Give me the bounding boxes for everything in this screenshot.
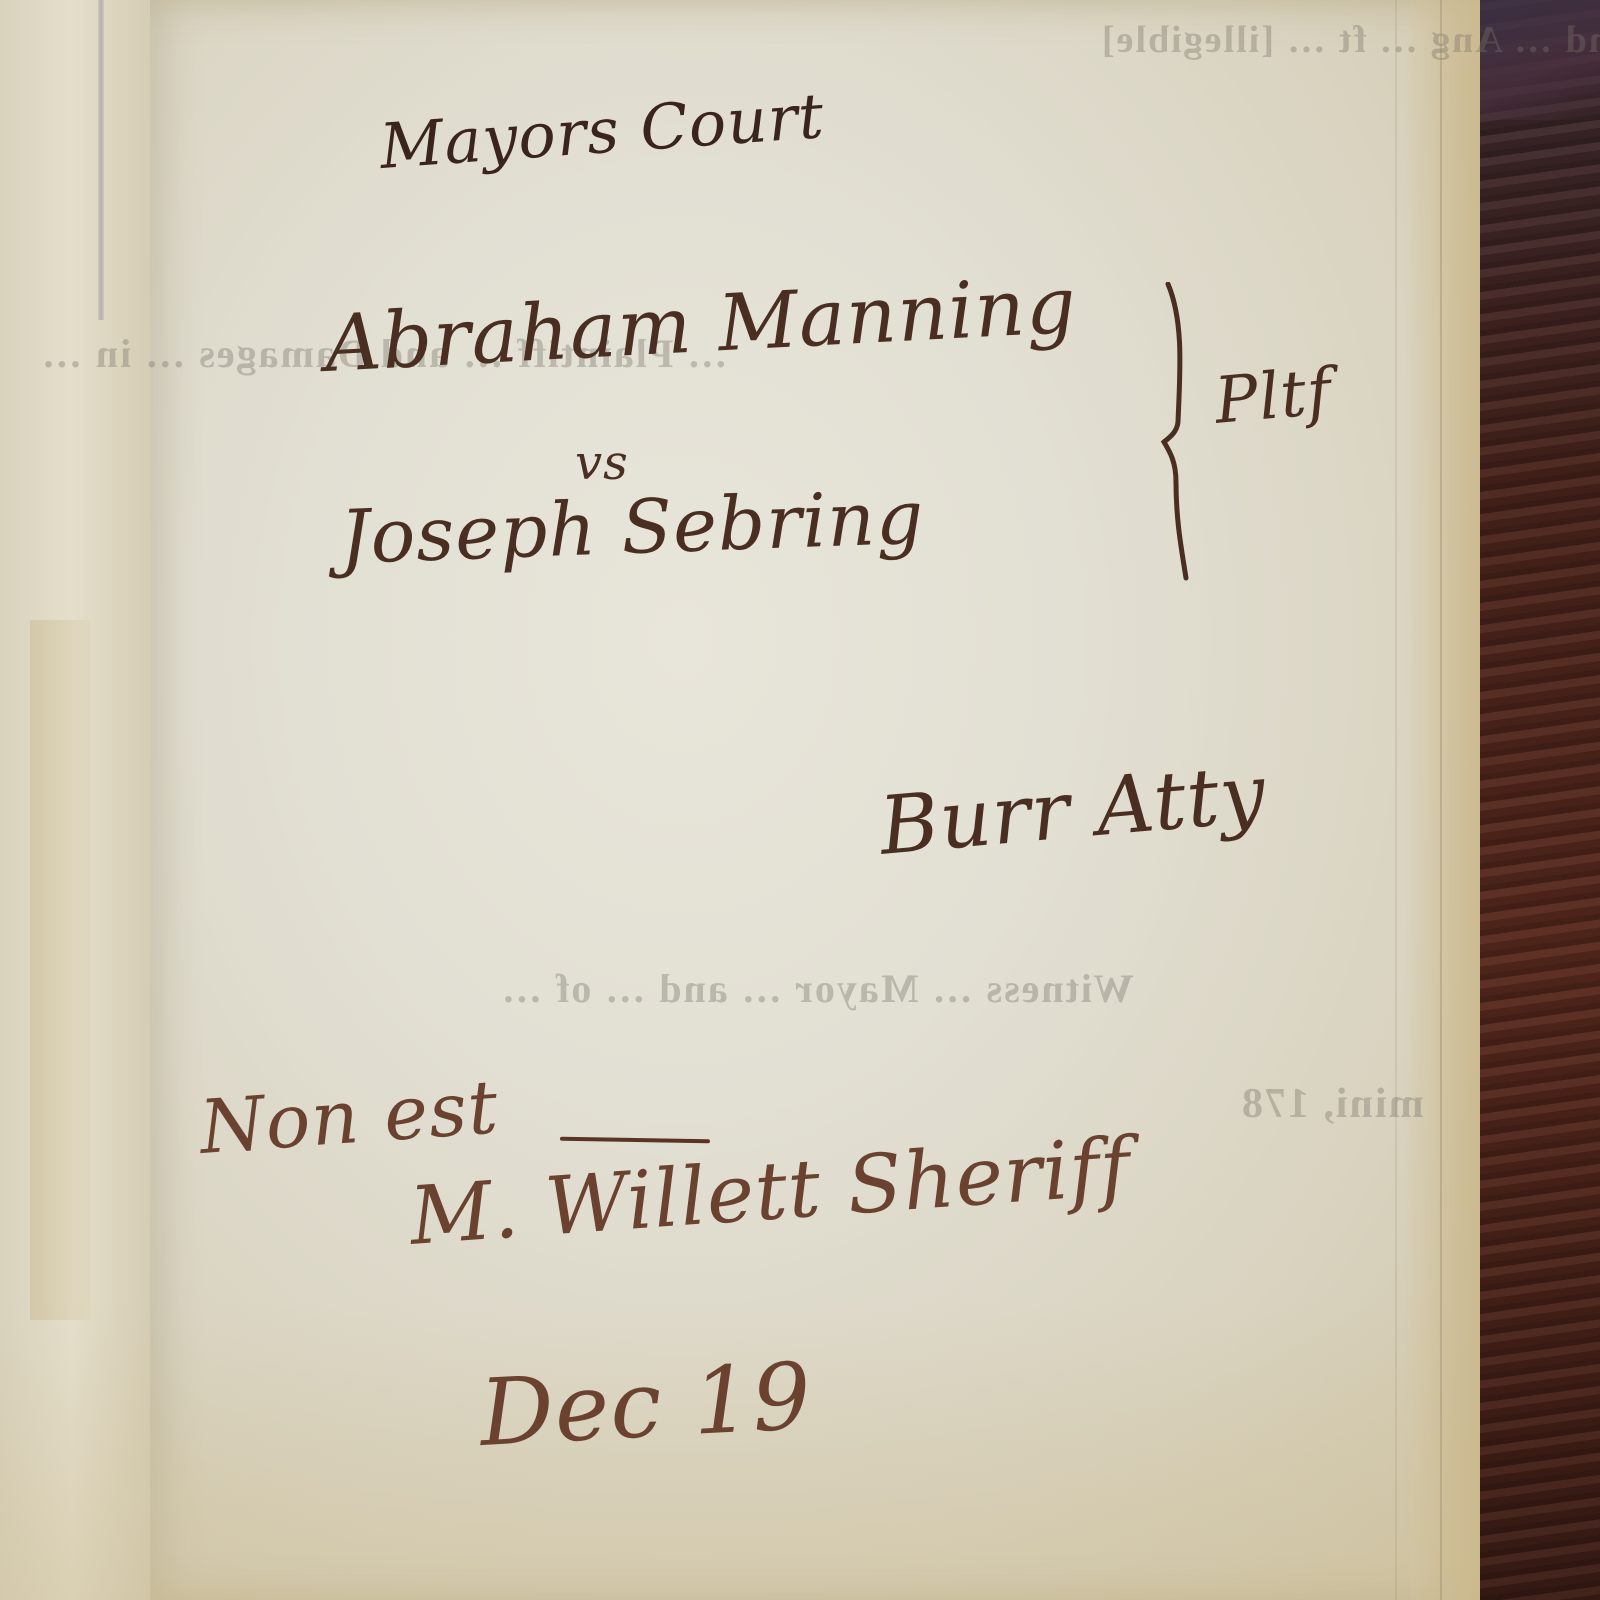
- party-designation: Pltf: [1212, 355, 1335, 439]
- bleed-through-print-lower: Witness … Mayor … and … of …: [500, 965, 1133, 1012]
- versus-label: vs: [575, 435, 629, 491]
- bleed-through-print-date: mini, 178: [1240, 1080, 1424, 1128]
- page-fold-crease: [98, 0, 104, 320]
- paper-right-edge: [1410, 0, 1480, 1600]
- paper-edge-line: [1395, 0, 1397, 1600]
- bracket-brace-icon: [1160, 282, 1200, 582]
- wood-table-background: [1460, 0, 1600, 1600]
- bleed-through-print-top: … to … and … Ang … ft … [illegible]: [1100, 18, 1600, 62]
- page-stain: [30, 620, 90, 1320]
- paper-edge-line: [1440, 0, 1442, 1600]
- document-date: Dec 19: [477, 1343, 814, 1467]
